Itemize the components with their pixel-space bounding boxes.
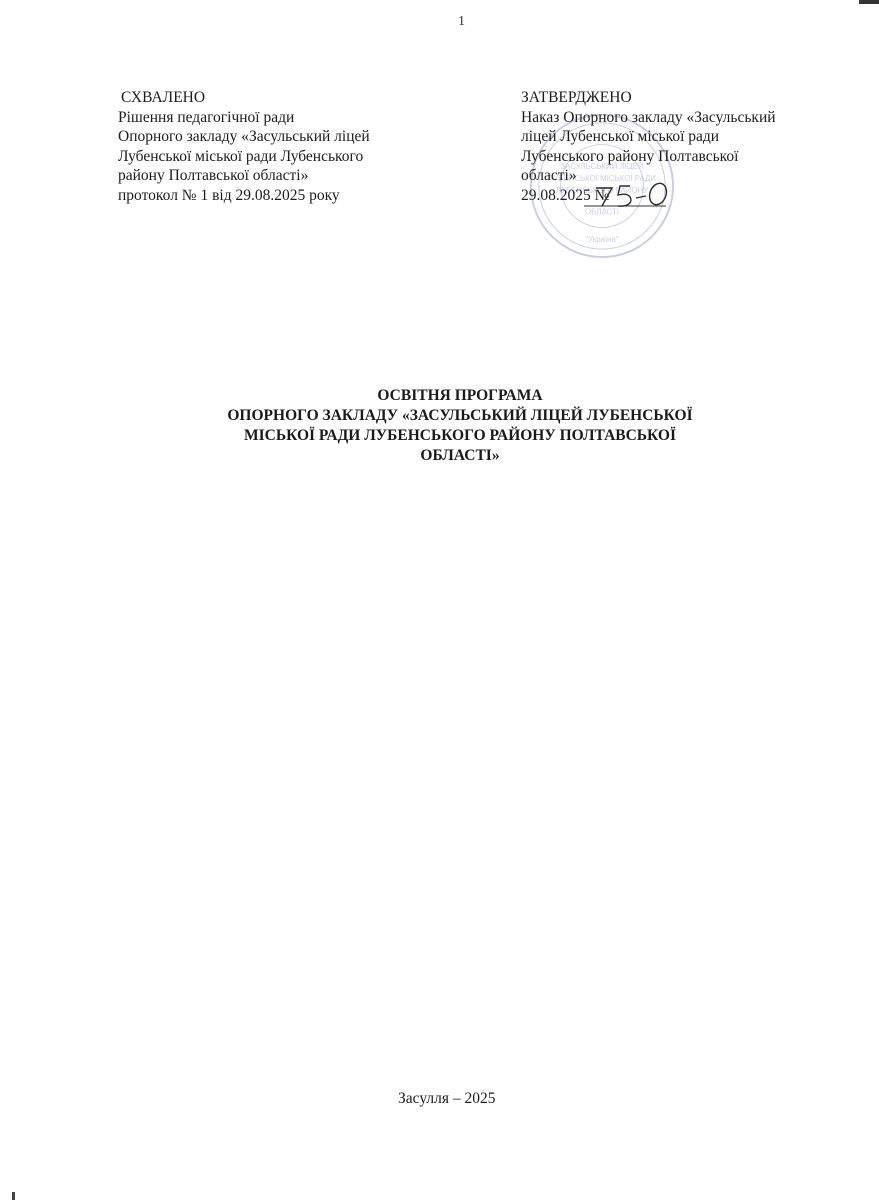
scan-edge-mark [859,0,879,4]
page-number: 1 [458,14,465,30]
svg-text:"Україна": "Україна" [585,235,619,244]
title-line: ОБЛАСТІ» [160,446,760,466]
confirmed-line: ліцей Лубенської міської ради [521,127,776,147]
approved-heading: СХВАЛЕНО [118,88,370,108]
approved-line: Рішення педагогічної ради [118,108,370,128]
title-line: ОСВІТНЯ ПРОГРАМА [160,386,760,406]
confirmed-heading: ЗАТВЕРДЖЕНО [521,88,776,108]
approved-line: Опорного закладу «Засульський ліцей [118,127,370,147]
scan-edge-mark [12,1192,15,1200]
approved-line: протокол № 1 від 29.08.2025 року [118,186,370,206]
place-year: Засулля – 2025 [398,1090,496,1108]
approved-line: Лубенської міської ради Лубенського [118,147,370,167]
confirmed-line: Лубенського району Полтавської [521,147,776,167]
title-line: МІСЬКОЇ РАДИ ЛУБЕНСЬКОГО РАЙОНУ ПОЛТАВСЬ… [160,426,760,446]
confirmed-line: Наказ Опорного закладу «Засульський [521,108,776,128]
approved-block: СХВАЛЕНО Рішення педагогічної ради Опорн… [118,88,370,205]
document-title: ОСВІТНЯ ПРОГРАМА ОПОРНОГО ЗАКЛАДУ «ЗАСУЛ… [160,386,760,466]
handwritten-order-number-icon [578,180,708,210]
approved-line: району Полтавської області» [118,166,370,186]
title-line: ОПОРНОГО ЗАКЛАДУ «ЗАСУЛЬСЬКИЙ ЛІЦЕЙ ЛУБЕ… [160,406,760,426]
